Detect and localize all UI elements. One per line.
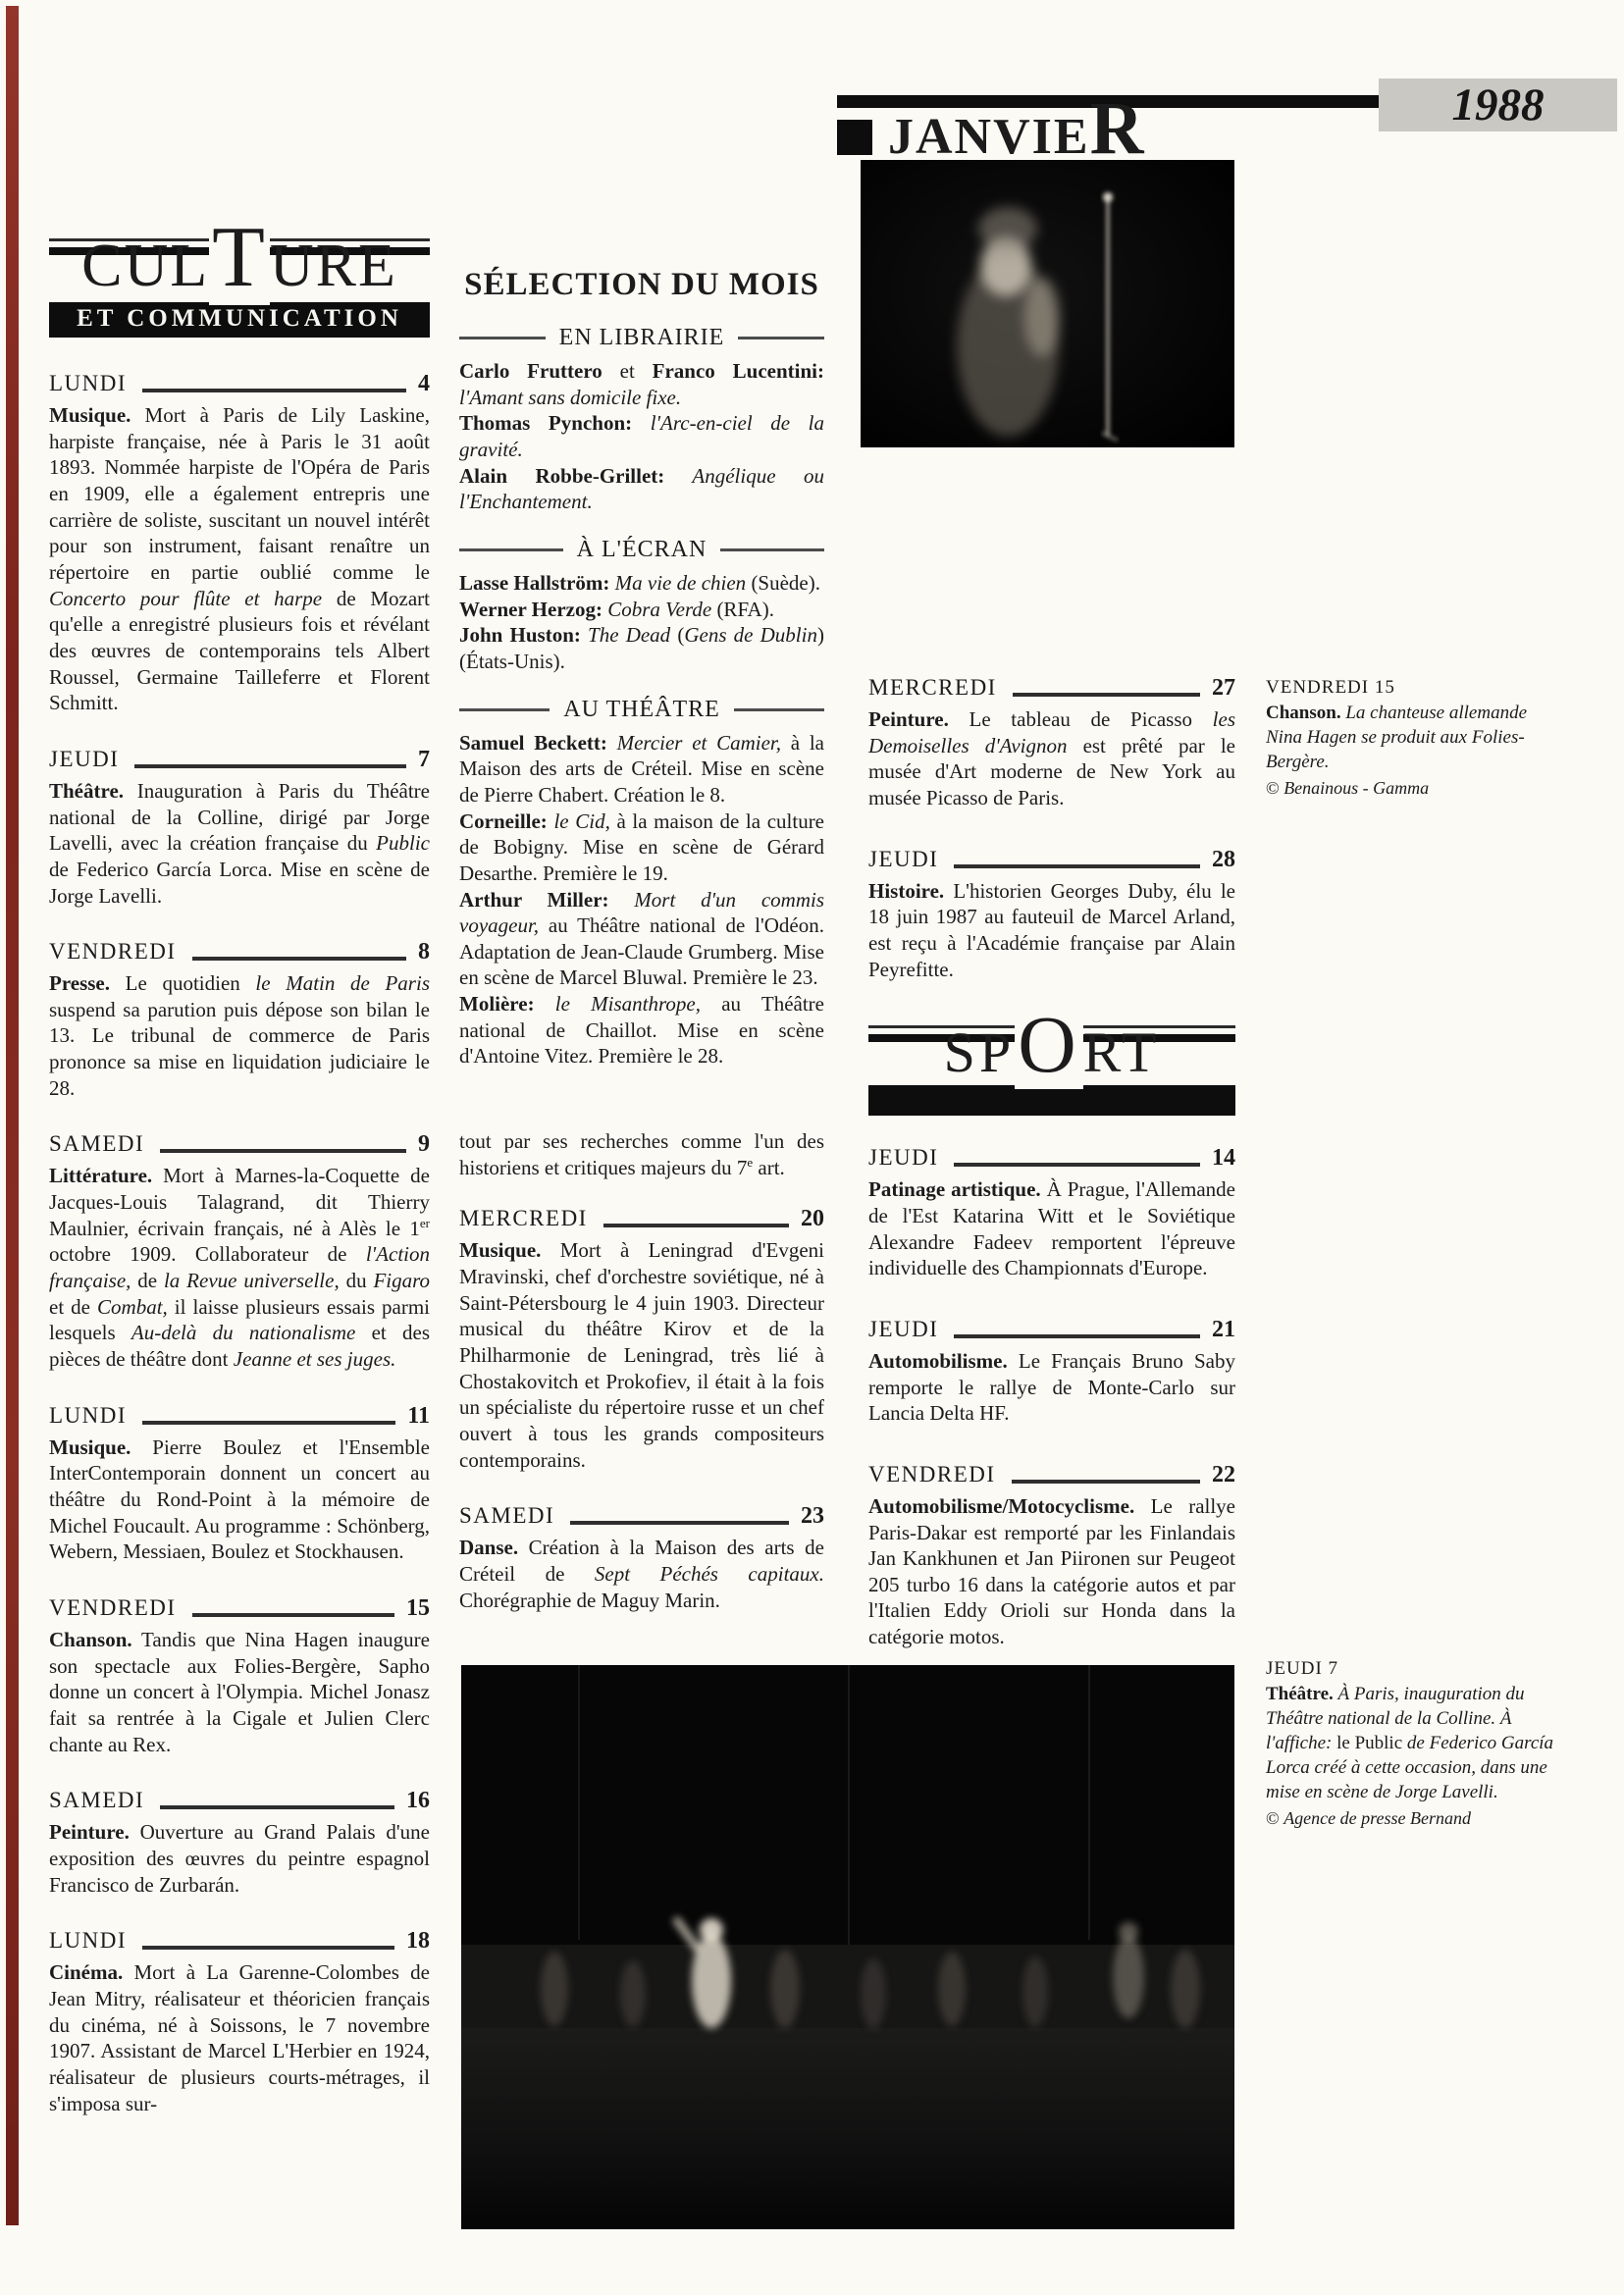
caption-day: VENDREDI 15 <box>1266 675 1546 700</box>
magazine-page: JANVIER 1988 CULTURE ET COMMUNICATION LU… <box>0 0 1624 2295</box>
year-box: 1988 <box>1379 78 1617 131</box>
entry-number: 11 <box>407 1403 430 1430</box>
photo-nina-hagen <box>861 160 1234 447</box>
selection-section-heading: EN LIBRAIRIE <box>459 325 824 351</box>
entry-day: LUNDI <box>49 1928 127 1954</box>
entry-day: JEUDI <box>868 847 938 872</box>
agenda-entry: VENDREDI 8 Presse. Le quotidien le Matin… <box>49 939 430 1101</box>
heading-rule-right <box>738 337 824 339</box>
month-name-last-letter: R <box>1090 87 1146 170</box>
selection-section-heading: AU THÉÂTRE <box>459 697 824 723</box>
entry-head: VENDREDI 8 <box>49 939 430 965</box>
entry-body: Presse. Le quotidien le Matin de Paris s… <box>49 970 430 1101</box>
entry-number: 23 <box>801 1503 824 1530</box>
selection-column-continuation: tout par ses recherches comme l'un des h… <box>459 1128 824 1643</box>
caption-day: JEUDI 7 <box>1266 1656 1560 1681</box>
entry-number: 28 <box>1212 847 1235 873</box>
entry-body: Théâtre. Inauguration à Paris du Théâtre… <box>49 778 430 909</box>
year-label: 1988 <box>1452 78 1545 131</box>
caption-credit: © Agence de presse Bernand <box>1266 1807 1560 1831</box>
entry-number: 18 <box>406 1928 430 1955</box>
entry-day: SAMEDI <box>49 1788 144 1813</box>
entry-body: Automobilisme. Le Français Bruno Saby re… <box>868 1348 1235 1427</box>
entry-head: MERCREDI 27 <box>868 675 1235 702</box>
entry-rule <box>1012 1480 1200 1484</box>
entry-day: JEUDI <box>868 1317 938 1342</box>
entry-rule <box>954 1334 1200 1338</box>
page-edge-strip <box>6 6 19 2225</box>
agenda-entry: SAMEDI 9 Littérature. Mort à Marnes-la-C… <box>49 1131 430 1372</box>
entry-head: JEUDI 7 <box>49 747 430 773</box>
entry-number: 27 <box>1212 675 1235 702</box>
entry-number: 21 <box>1212 1317 1235 1343</box>
entry-rule <box>134 764 406 768</box>
selection-column: SÉLECTION DU MOIS EN LIBRAIRIE Carlo Fru… <box>459 267 824 1069</box>
entry-rule <box>192 957 406 961</box>
heading-rule-left <box>459 337 546 339</box>
culture-subtitle-bar: ET COMMUNICATION <box>49 302 430 338</box>
culture-title: CULTURE <box>49 235 430 296</box>
entry-body: Chanson. Tandis que Nina Hagen inaugure … <box>49 1627 430 1757</box>
heading-rule-left <box>459 708 550 711</box>
photo-theatre-scene <box>461 1665 1234 2229</box>
entry-head: JEUDI 14 <box>868 1145 1235 1172</box>
entry-day: MERCREDI <box>868 675 997 701</box>
agenda-entry: MERCREDI 20 Musique. Mort à Leningrad d'… <box>459 1206 824 1473</box>
entry-number: 15 <box>406 1595 430 1622</box>
entry-head: JEUDI 28 <box>868 847 1235 873</box>
agenda-entry: JEUDI 28 Histoire. L'historien Georges D… <box>868 847 1235 983</box>
entry-head: LUNDI 11 <box>49 1403 430 1430</box>
entry-day: VENDREDI <box>49 939 177 965</box>
entry-head: MERCREDI 20 <box>459 1206 824 1232</box>
selection-item: Corneille: le Cid, à la maison de la cul… <box>459 808 824 887</box>
entry-rule <box>1013 693 1200 697</box>
entry-head: LUNDI 4 <box>49 371 430 397</box>
entry-head: SAMEDI 23 <box>459 1503 824 1530</box>
entry-body: Musique. Mort à Paris de Lily Laskine, h… <box>49 402 430 716</box>
agenda-entry: VENDREDI 22 Automobilisme/Motocyclisme. … <box>868 1462 1235 1650</box>
entry-head: SAMEDI 16 <box>49 1788 430 1814</box>
entry-rule <box>954 864 1200 868</box>
agenda-entry: SAMEDI 23 Danse. Création à la Maison de… <box>459 1503 824 1613</box>
selection-item: Alain Robbe-Grillet: Angélique ou l'Ench… <box>459 463 824 515</box>
agenda-entry: JEUDI 7 Théâtre. Inauguration à Paris du… <box>49 747 430 909</box>
entry-rule <box>160 1805 394 1809</box>
square-bullet-icon <box>837 120 872 155</box>
entry-rule <box>954 1163 1200 1167</box>
selection-item: Arthur Miller: Mort d'un commis voyageur… <box>459 887 824 992</box>
entry-rule <box>142 1421 395 1425</box>
agenda-entry: JEUDI 14 Patinage artistique. À Prague, … <box>868 1145 1235 1281</box>
entry-body: Peinture. Le tableau de Picasso les Demo… <box>868 706 1235 811</box>
month-name: JANVIE <box>888 109 1090 165</box>
entry-day: MERCREDI <box>459 1206 588 1231</box>
entry-number: 16 <box>406 1788 430 1814</box>
entry-day: LUNDI <box>49 1403 127 1429</box>
entry-body: Musique. Pierre Boulez et l'Ensemble Int… <box>49 1434 430 1565</box>
heading-rule-right <box>734 708 824 711</box>
selection-item: Samuel Beckett: Mercier et Camier, à la … <box>459 730 824 808</box>
selection-item: Thomas Pynchon: l'Arc-en-ciel de la grav… <box>459 410 824 462</box>
sport-black-bar <box>868 1085 1235 1116</box>
entry-body: Danse. Création à la Maison des arts de … <box>459 1535 824 1613</box>
entry-day: JEUDI <box>49 747 119 772</box>
culture-masthead: CULTURE ET COMMUNICATION <box>49 238 430 338</box>
agenda-entry: LUNDI 11 Musique. Pierre Boulez et l'Ens… <box>49 1403 430 1565</box>
entry-day: LUNDI <box>49 371 127 396</box>
selection-item: Lasse Hallström: Ma vie de chien (Suède)… <box>459 570 824 597</box>
entry-head: VENDREDI 22 <box>868 1462 1235 1488</box>
selection-item: Molière: le Misanthrope, au Théâtre nati… <box>459 991 824 1069</box>
entry-head: VENDREDI 15 <box>49 1595 430 1622</box>
sport-masthead: SPORT <box>868 1025 1235 1116</box>
photo-theatre-scene-image <box>461 1665 1234 2229</box>
photo-caption-nina-hagen: VENDREDI 15 Chanson. La chanteuse allema… <box>1266 675 1546 801</box>
entry-head: SAMEDI 9 <box>49 1131 430 1158</box>
culture-column: CULTURE ET COMMUNICATION LUNDI 4 Musique… <box>49 238 430 2147</box>
entry-day: SAMEDI <box>459 1503 554 1529</box>
entry-number: 7 <box>418 747 430 773</box>
entry-number: 4 <box>418 371 430 397</box>
month-title: JANVIER <box>837 108 1145 166</box>
agenda-entry: LUNDI 18 Cinéma. Mort à La Garenne-Colom… <box>49 1928 430 2116</box>
entry-head: LUNDI 18 <box>49 1928 430 1955</box>
entry-rule <box>570 1521 789 1525</box>
heading-rule-left <box>459 548 563 551</box>
continuation-paragraph: tout par ses recherches comme l'un des h… <box>459 1128 824 1180</box>
heading-rule-right <box>720 548 824 551</box>
entry-number: 8 <box>418 939 430 965</box>
selection-section-heading: À L'ÉCRAN <box>459 537 824 563</box>
selection-item: John Huston: The Dead (Gens de Dublin) (… <box>459 622 824 674</box>
entry-rule <box>603 1224 789 1227</box>
entry-number: 20 <box>801 1206 824 1232</box>
entry-rule <box>142 389 406 392</box>
entry-day: SAMEDI <box>49 1131 144 1157</box>
agenda-entry: LUNDI 4 Musique. Mort à Paris de Lily La… <box>49 371 430 716</box>
entry-head: JEUDI 21 <box>868 1317 1235 1343</box>
entry-day: VENDREDI <box>868 1462 996 1487</box>
entry-number: 9 <box>418 1131 430 1158</box>
selection-title: SÉLECTION DU MOIS <box>459 267 824 303</box>
entry-rule <box>142 1946 394 1950</box>
agenda-entry: VENDREDI 15 Chanson. Tandis que Nina Hag… <box>49 1595 430 1757</box>
entry-rule <box>160 1149 406 1153</box>
selection-item: Werner Herzog: Cobra Verde (RFA). <box>459 597 824 623</box>
right-column: MERCREDI 27 Peinture. Le tableau de Pica… <box>868 675 1235 1686</box>
selection-item: Carlo Fruttero et Franco Lucentini: l'Am… <box>459 358 824 410</box>
entry-body: Histoire. L'historien Georges Duby, élu … <box>868 878 1235 983</box>
entry-day: VENDREDI <box>49 1595 177 1621</box>
agenda-entry: SAMEDI 16 Peinture. Ouverture au Grand P… <box>49 1788 430 1898</box>
entry-body: Cinéma. Mort à La Garenne-Colombes de Je… <box>49 1959 430 2116</box>
caption-credit: © Benainous - Gamma <box>1266 777 1546 801</box>
photo-caption-theatre: JEUDI 7 Théâtre. À Paris, inauguration d… <box>1266 1656 1560 1831</box>
entry-body: Peinture. Ouverture au Grand Palais d'un… <box>49 1819 430 1898</box>
entry-rule <box>192 1613 394 1617</box>
caption-text: Chanson. La chanteuse allemande Nina Hag… <box>1266 701 1546 774</box>
entry-number: 14 <box>1212 1145 1235 1172</box>
entry-body: Patinage artistique. À Prague, l'Alleman… <box>868 1176 1235 1281</box>
entry-number: 22 <box>1212 1462 1235 1488</box>
agenda-entry: MERCREDI 27 Peinture. Le tableau de Pica… <box>868 675 1235 811</box>
entry-body: Automobilisme/Motocyclisme. Le rallye Pa… <box>868 1493 1235 1650</box>
entry-body: Littérature. Mort à Marnes-la-Coquette d… <box>49 1163 430 1372</box>
entry-body: Musique. Mort à Leningrad d'Evgeni Mravi… <box>459 1237 824 1473</box>
sport-title: SPORT <box>868 1024 1235 1081</box>
caption-text: Théâtre. À Paris, inauguration du Théâtr… <box>1266 1682 1560 1804</box>
photo-nina-hagen-image <box>861 160 1234 447</box>
entry-day: JEUDI <box>868 1145 938 1171</box>
agenda-entry: JEUDI 21 Automobilisme. Le Français Brun… <box>868 1317 1235 1427</box>
